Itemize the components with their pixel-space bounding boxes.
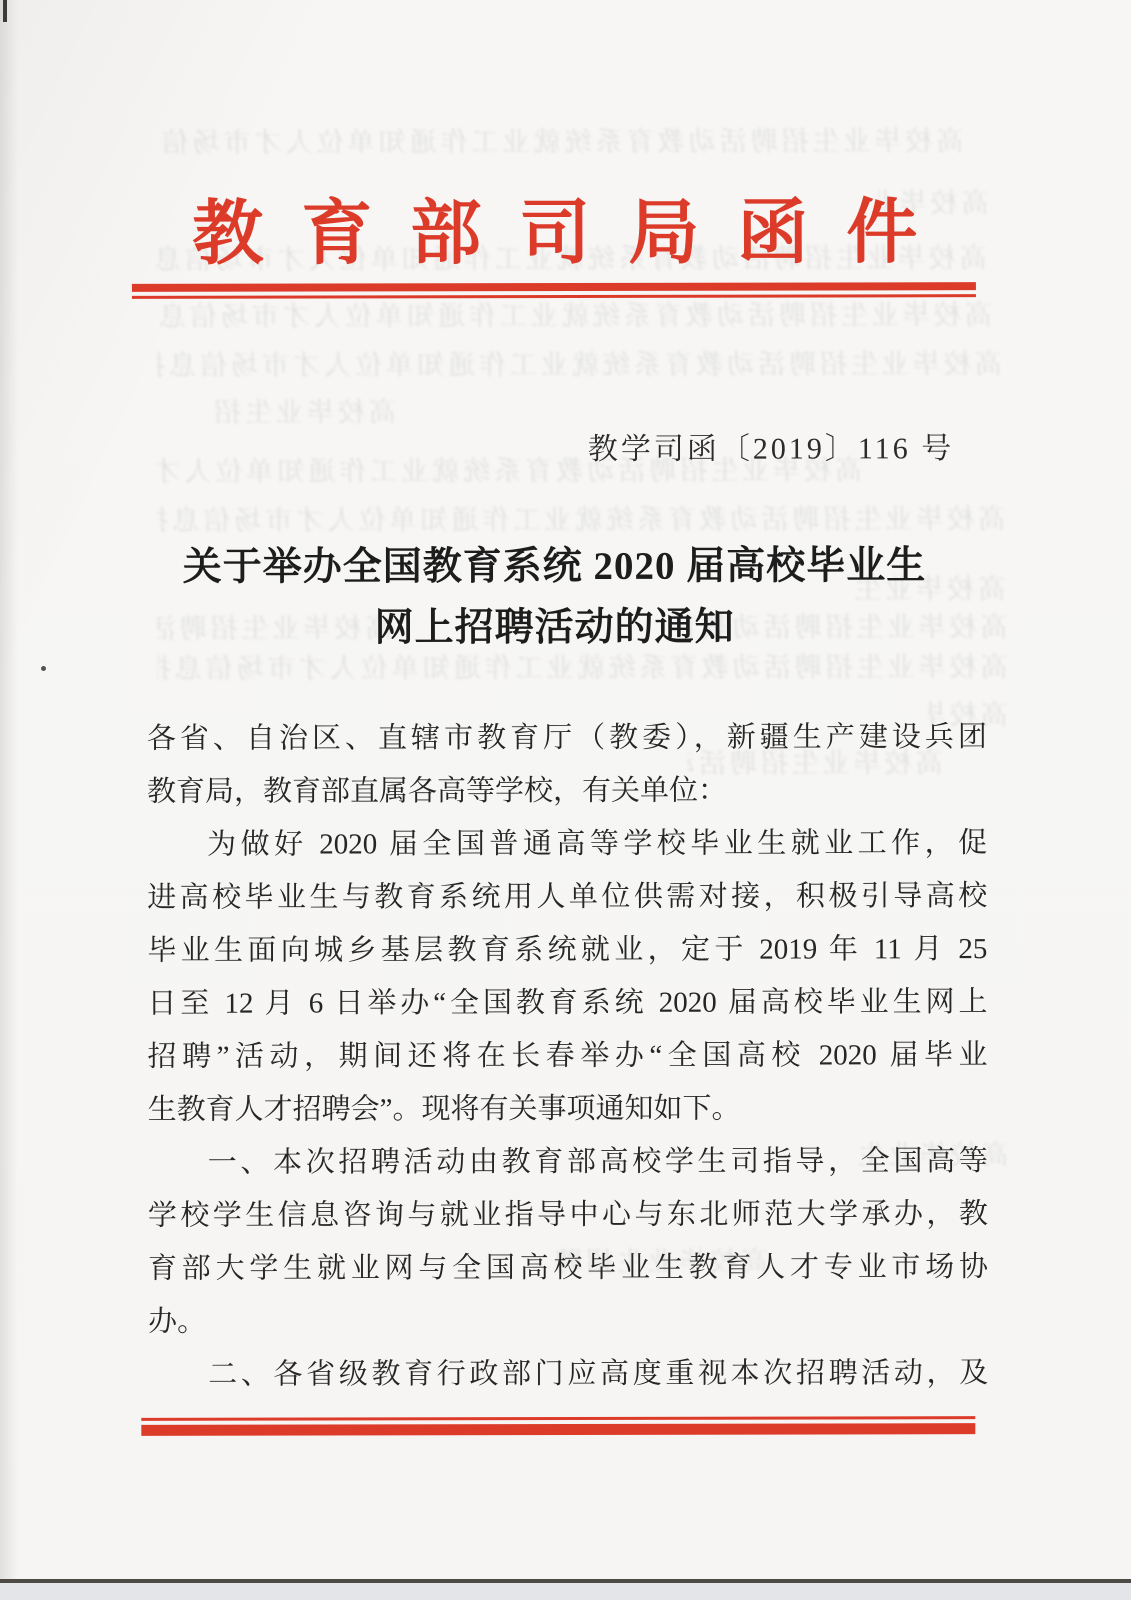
scan-speck [41, 666, 46, 671]
body-line: 育部大学生就业网与全国高校毕业生教育人才专业市场协 [148, 1241, 988, 1296]
document-number: 教学司函〔2019〕116 号 [154, 423, 954, 469]
body-line: 各省、自治区、直辖市教育厅（教委），新疆生产建设兵团 [147, 711, 987, 766]
bleedthrough-text-row: 高校毕业生招聘活动教育系统就业工作通知单位人才市场信息指导中心网上服务平台建设发… [157, 348, 1002, 382]
letterhead-title: 教育部司局函件 [132, 175, 996, 261]
body-line: 办。 [148, 1294, 988, 1349]
bleedthrough-text-row: 高校毕业生招聘活动教育系统就业工作通知单位人才市场信息指导中心网上服务平台建设发… [157, 299, 992, 333]
bleedthrough-text-row: 高校毕业生招聘活动教育系统就业工作通知单位人才市场信息指导中心网上服务平台建设发… [157, 503, 1005, 537]
body-line: 进高校毕业生与教育系统用人单位供需对接，积极引导高校 [147, 870, 987, 925]
body-line: 生教育人才招聘会”。现将有关事项通知如下。 [148, 1082, 988, 1137]
bleedthrough-text-row: 高校毕业生招聘活动教育系统就业工作通知单位人才市场信息指导中心网上服务平台建设发… [164, 125, 964, 159]
scan-edge-mark [3, 0, 7, 22]
document-title-line2: 网上招聘活动的通知 [133, 596, 977, 659]
body-line: 招聘”活动，期间还将在长春举办“全国高校 2020 届毕业 [147, 1029, 987, 1084]
body-line: 二、各省级教育行政部门应高度重视本次招聘活动，及 [148, 1347, 988, 1402]
body-line: 学校学生信息咨询与就业指导中心与东北师范大学承办，教 [148, 1188, 988, 1243]
document-sheet: 高校毕业生招聘活动教育系统就业工作通知单位人才市场信息指导中心网上服务平台建设发… [0, 0, 1131, 1600]
footer-rule-thin [141, 1416, 975, 1421]
footer-rule-thick [141, 1423, 975, 1436]
body-line: 为做好 2020 届全国普通高等学校毕业生就业工作，促 [147, 817, 987, 872]
body-line: 日至 12 月 6 日举办“全国教育系统 2020 届高校毕业生网上 [147, 976, 987, 1031]
scanned-document-page: 高校毕业生招聘活动教育系统就业工作通知单位人才市场信息指导中心网上服务平台建设发… [0, 0, 1131, 1600]
body-line: 教育局，教育部直属各高等学校，有关单位： [147, 764, 987, 819]
body-line: 一、本次招聘活动由教育部高校学生司指导，全国高等 [148, 1135, 988, 1190]
letterhead-rule-thick [132, 282, 976, 292]
scanner-background [0, 1583, 1131, 1600]
body-line: 毕业生面向城乡基层教育系统就业，定于 2019 年 11 月 25 [147, 923, 987, 978]
document-body: 各省、自治区、直辖市教育厅（教委），新疆生产建设兵团 教育局，教育部直属各高等学… [147, 711, 988, 1402]
document-title: 关于举办全国教育系统 2020 届高校毕业生 网上招聘活动的通知 [132, 535, 976, 659]
document-title-line1: 关于举办全国教育系统 2020 届高校毕业生 [132, 535, 976, 598]
letterhead-rule-thin [132, 294, 976, 299]
